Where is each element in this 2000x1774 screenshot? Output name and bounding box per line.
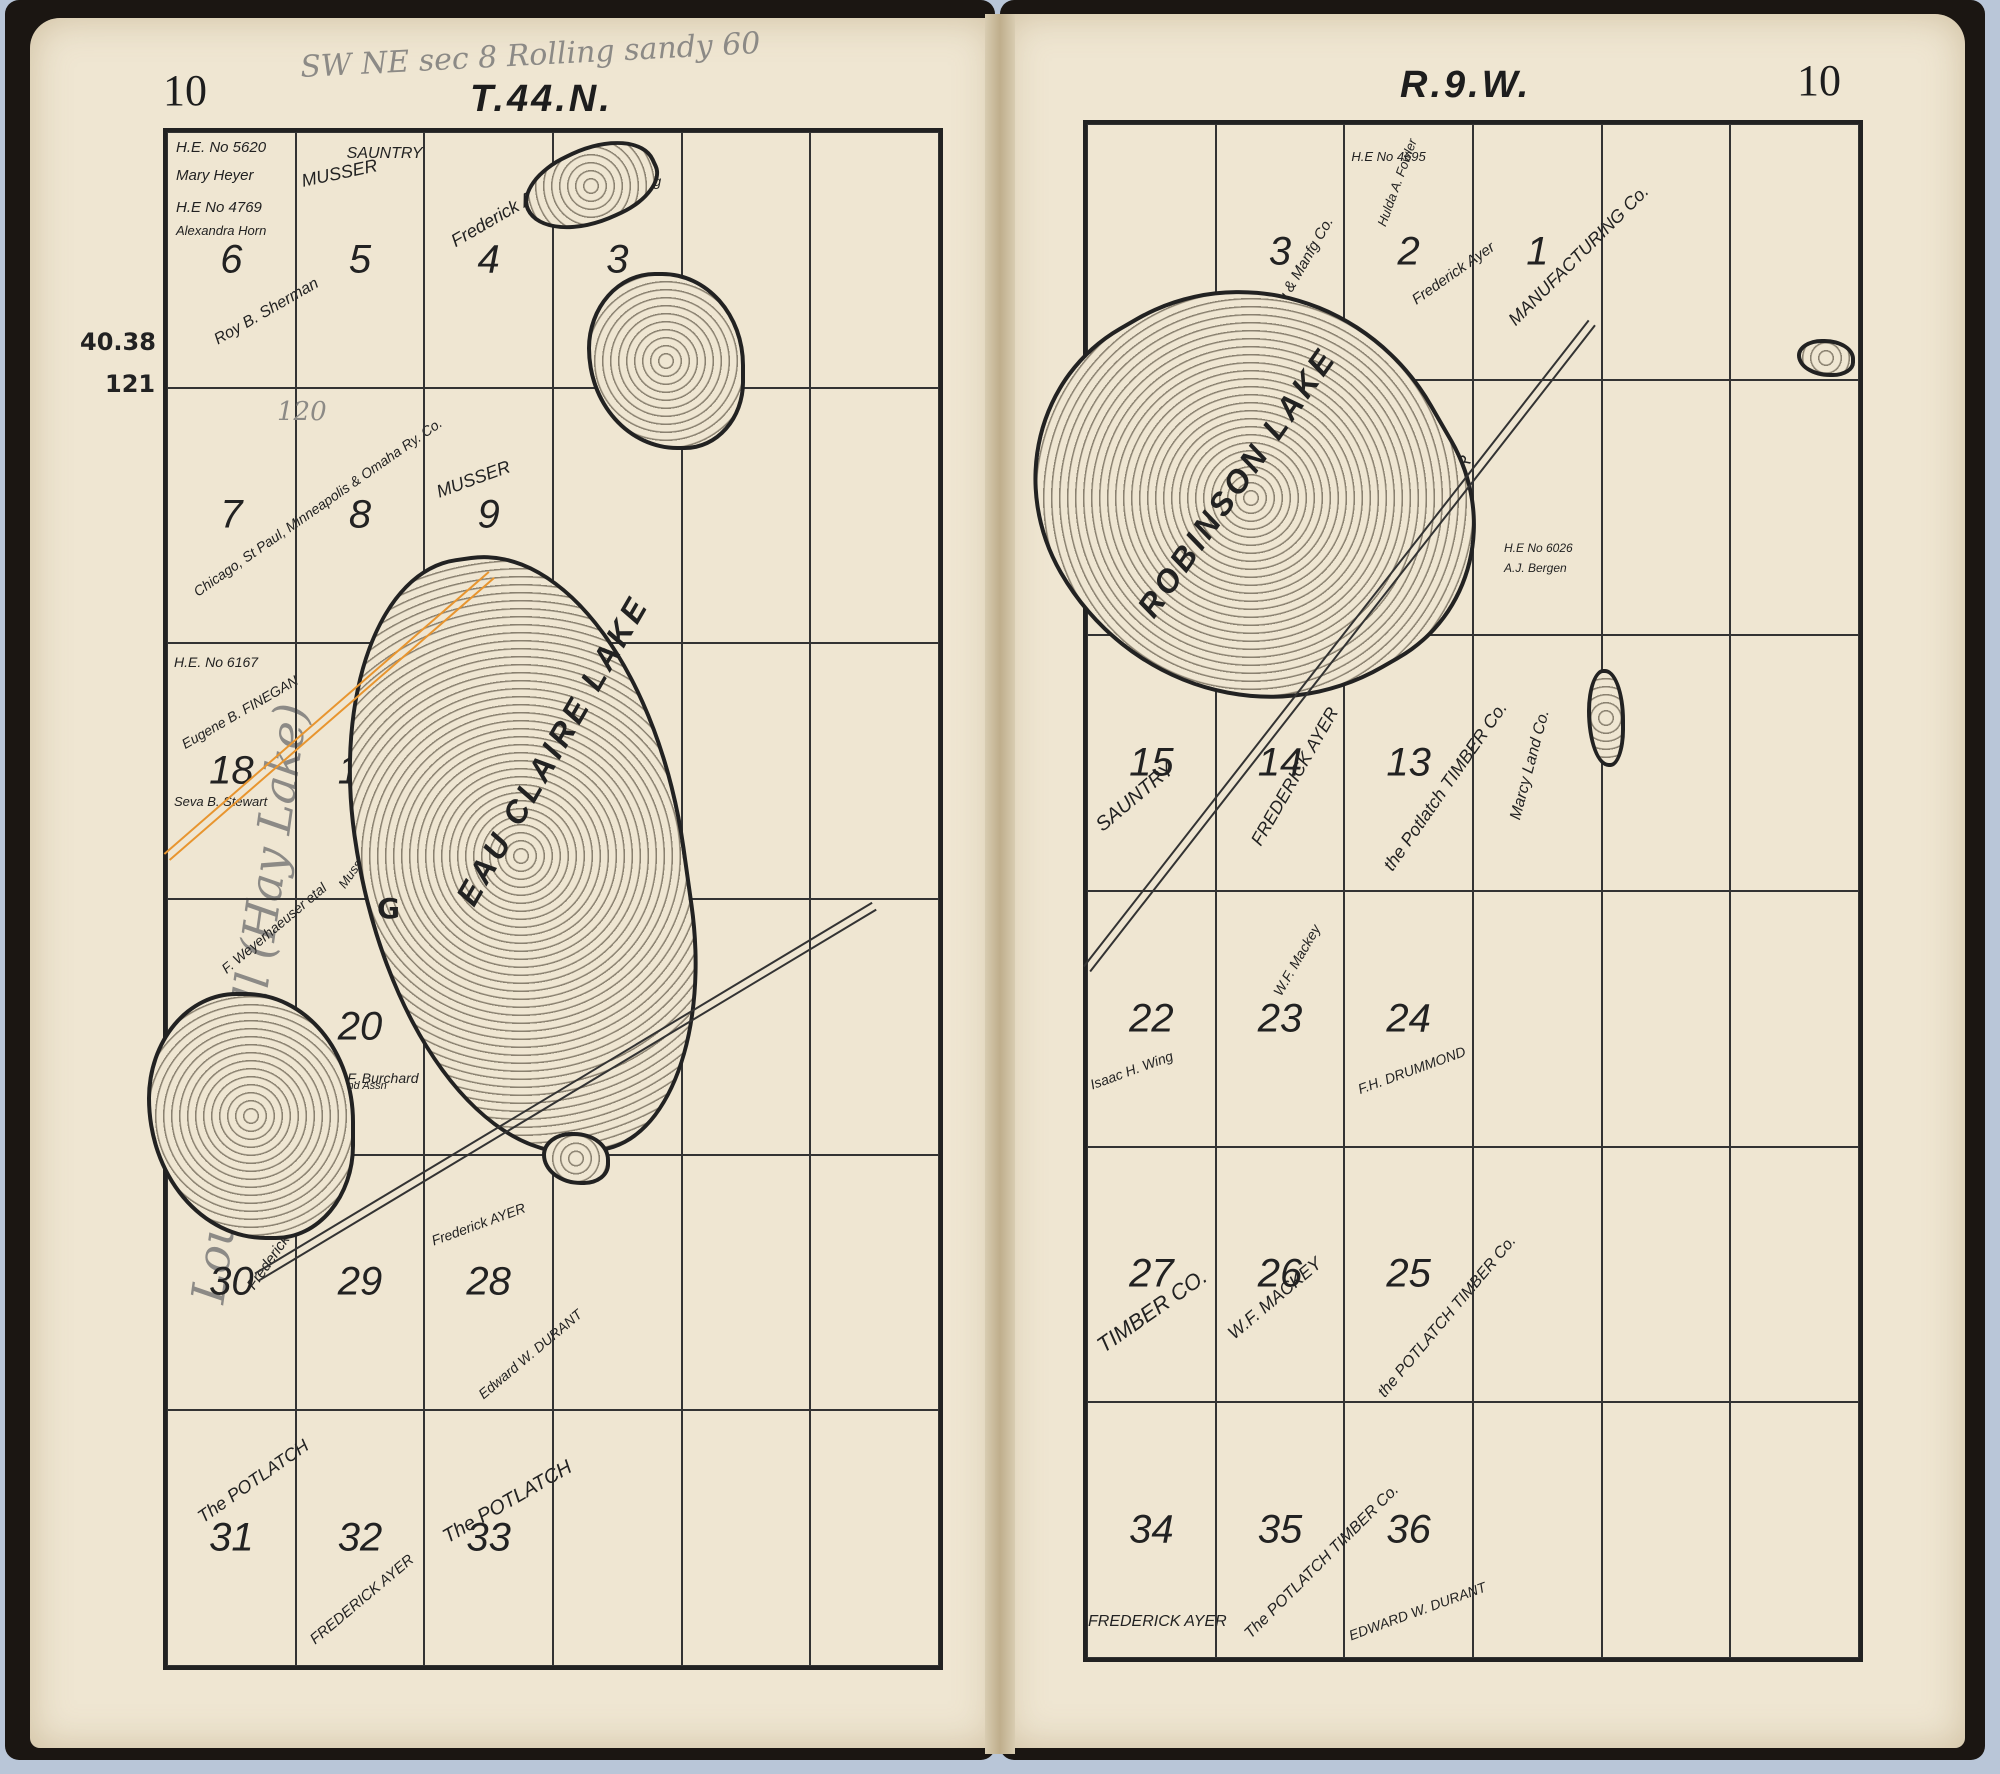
section-number: 23 [1258,996,1303,1041]
margin-ink-note-2: 121 [105,370,155,398]
section-number: 3 [606,237,628,282]
owner-label: H.E. No 5620 [176,139,266,156]
section-33: 33 The POTLATCH [424,1410,553,1666]
section-28: 28 Frederick AYER Edward W. DURANT [424,1155,553,1411]
section-number: 1 [1526,229,1548,274]
owner-label: EDWARD W. DURANT [1347,1579,1488,1644]
owner-label: H.E No 6026 [1504,541,1573,555]
section-25d [1730,1147,1859,1403]
section-24b [1473,891,1602,1147]
section-number: 32 [338,1516,383,1561]
left-page-number: 10 [163,65,207,116]
owner-label: H.E. No 6167 [174,654,258,670]
section-18: 18 H.E. No 6167 Eugene B. FINEGAN Seva B… [167,643,296,899]
left-township-map: 6 H.E. No 5620 Mary Heyer H.E No 4769 Al… [163,128,943,1670]
owner-label: FREDERICK AYER [1088,1613,1227,1631]
township-header: T.44.N. [470,78,613,121]
section-36: 36 EDWARD W. DURANT [1344,1402,1473,1658]
section-number: 34 [1129,1508,1174,1553]
owner-label: Isaac H. Wing [1088,1048,1175,1093]
pencil-map-note: 120 [277,397,327,427]
section-36d [1730,1402,1859,1658]
section-34: 34 FREDERICK AYER [1087,1402,1216,1658]
section-26: 26 W.F. MACKEY [1216,1147,1345,1403]
section-35: 35 The POTLATCH TIMBER Co. [1216,1402,1345,1658]
section-14b: Marcy Land Co. [1473,635,1602,891]
section-32: 32 FREDERICK AYER [296,1410,425,1666]
section-24c [1602,891,1731,1147]
section-number: 5 [349,237,371,282]
owner-label: Alexandra Horn [176,223,266,238]
section-number: 36 [1386,1508,1431,1553]
section-34-partial [553,1410,682,1666]
section-1-partial [810,132,939,388]
section-12c [1602,380,1731,636]
map-letter-g: G [377,892,400,925]
owner-label: W.F. Mackey [1270,922,1324,999]
section-number: 4 [478,237,500,282]
owner-label: Mary Heyer [176,167,254,184]
section-13b [1602,635,1731,891]
section-27-partial [553,1155,682,1411]
section-5: 5 MUSSER SAUNTRY [296,132,425,388]
section-25b [1473,1147,1602,1403]
section-1b [1602,124,1731,380]
owner-label: Eugene B. FINEGAN [179,673,301,753]
section-35-partial [682,1410,811,1666]
section-22: 22 Isaac H. Wing [1087,891,1216,1147]
section-36b [1473,1402,1602,1658]
section-27: 27 TIMBER CO. [1087,1147,1216,1403]
section-number: 6 [220,237,242,282]
section-25c [1602,1147,1731,1403]
section-14-partial [682,643,811,899]
section-24d [1730,891,1859,1147]
section-number: 13 [1386,741,1431,786]
margin-ink-note-1: 40.38 [80,328,156,356]
section-number: 22 [1129,996,1174,1041]
owner-label: SAUNTRY [347,145,423,163]
section-36-partial [810,1410,939,1666]
right-township-map: 3 Land Log & Manfg Co. 2 H.E No 4695 Hul… [1083,120,1863,1662]
owner-label: Marcy Land Co. [1507,708,1554,822]
section-12b: H.E No 6026 A.J. Bergen [1473,380,1602,636]
section-number: 9 [478,493,500,538]
section-number: 31 [209,1516,254,1561]
section-number: 25 [1386,1252,1431,1297]
section-36c [1602,1402,1731,1658]
section-4: 4 Frederick Ayer [424,132,553,388]
section-number: 2 [1398,229,1420,274]
section-number: 20 [338,1004,383,1049]
section-13c [1730,635,1859,891]
range-header: R.9.W. [1400,64,1531,107]
section-12d [1730,380,1859,636]
section-12-partial [810,388,939,644]
section-number: 7 [220,493,242,538]
section-31: 31 The POTLATCH [167,1410,296,1666]
owner-label: MUSSER [434,456,514,502]
section-23: 23 W.F. Mackey [1216,891,1345,1147]
owner-label: H.E No 4769 [176,199,262,216]
section-number: 28 [466,1260,511,1305]
section-25: 25 the POTLATCH TIMBER Co. [1344,1147,1473,1403]
section-26-partial [682,1155,811,1411]
section-number: 29 [338,1260,383,1305]
section-13-partial [810,643,939,899]
section-number: 24 [1386,996,1431,1041]
section-number: 8 [349,493,371,538]
owner-label: Frederick AYER [430,1199,528,1248]
book-gutter [985,14,1015,1754]
owner-label: F.H. DRUMMOND [1356,1043,1468,1097]
section-number: 35 [1258,1508,1303,1553]
section-23-partial [682,899,811,1155]
right-page-number: 10 [1797,55,1841,106]
owner-label: A.J. Bergen [1504,561,1567,575]
section-25-partial [810,1155,939,1411]
section-6: 6 H.E. No 5620 Mary Heyer H.E No 4769 Al… [167,132,296,388]
section-number: 3 [1269,229,1291,274]
owner-label: FREDERICK AYER [306,1552,417,1649]
section-24: 24 F.H. DRUMMOND [1344,891,1473,1147]
